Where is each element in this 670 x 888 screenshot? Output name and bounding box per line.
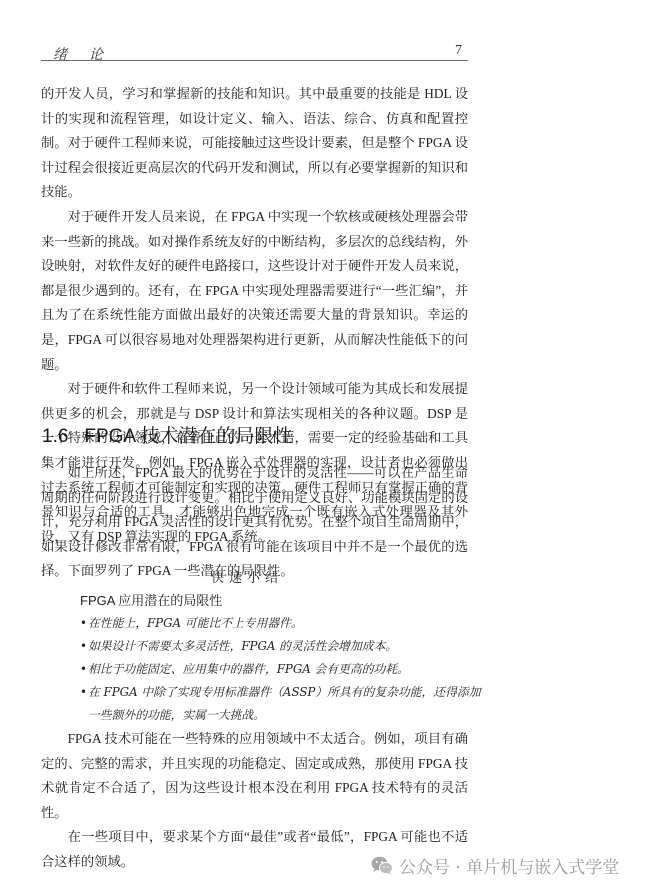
chapter-title: 绪论 [53,44,125,64]
quick-summary-box: 快速小结 FPGA 应用潜在的局限性 •在性能上，FPGA 可能比不上专用器件。… [41,567,468,727]
list-item: •在 FPGA 中除了实现专用标准器件（ASSP）所具有的复杂功能，还得添加一些… [80,681,482,727]
list-item: •如果设计不需要太多灵活性，FPGA 的灵活性会增加成本。 [80,635,482,658]
paragraph: 如上所述，FPGA 最大的优势在于设计的灵活性——可以在产品生命周期的任何阶段进… [41,461,468,584]
list-item: •在性能上，FPGA 可能比不上专用器件。 [80,612,482,635]
bullet-icon: • [80,681,87,704]
paragraph: FPGA 技术可能在一些特殊的应用领域中不太适合。例如，项目有确定的、完整的需求… [41,727,468,825]
bullet-icon: • [80,635,87,658]
page-number: 7 [455,43,462,59]
paragraph: 对于硬件开发人员来说，在 FPGA 中实现一个软核或硬核处理器会带来一些新的挑战… [41,205,468,377]
section-title: FPGA 技术潜在的局限性 [84,426,292,447]
book-page: 绪论 7 的开发人员，学习和掌握新的技能和知识。其中最重要的技能是 HDL 设计… [0,0,670,888]
summary-title: 快速小结 [211,567,468,587]
summary-subtitle: FPGA 应用潜在的局限性 [80,590,468,612]
list-item: •相比于功能固定、应用集中的器件，FPGA 会有更高的功耗。 [80,658,482,681]
watermark: 公众号 · 单片机与嵌入式学堂 [371,852,619,878]
section-number: 1.6 [42,426,68,447]
body-text-section: 如上所述，FPGA 最大的优势在于设计的灵活性——可以在产品生命周期的任何阶段进… [41,461,468,584]
paragraph: 的开发人员，学习和掌握新的技能和知识。其中最重要的技能是 HDL 设计的实现和流… [41,82,468,205]
wechat-icon [371,856,393,875]
header-rule [41,60,468,61]
section-heading: 1.6FPGA 技术潜在的局限性 [42,421,292,448]
bullet-icon: • [80,658,87,681]
bullet-icon: • [80,612,87,635]
watermark-text: 公众号 · 单片机与嵌入式学堂 [399,853,619,878]
summary-list: •在性能上，FPGA 可能比不上专用器件。 •如果设计不需要太多灵活性，FPGA… [80,612,482,727]
